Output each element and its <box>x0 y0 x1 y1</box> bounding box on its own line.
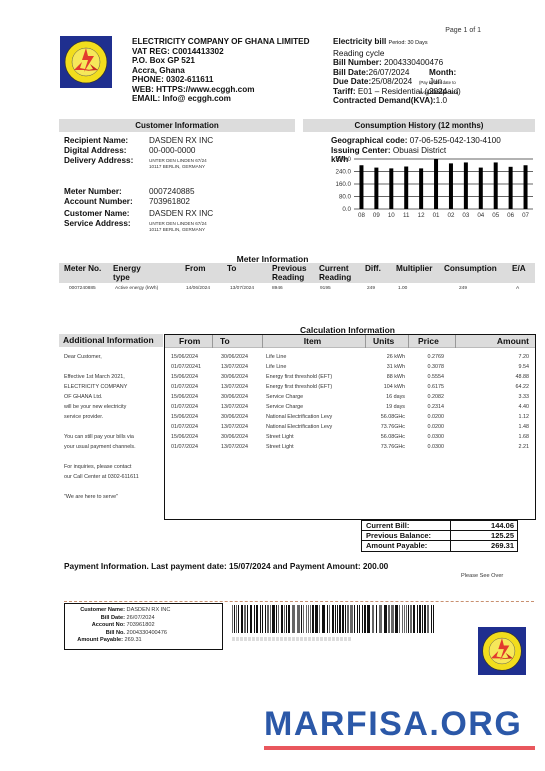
meter-header-ea: E/A <box>512 265 545 274</box>
company-city: Accra, Ghana <box>132 66 310 76</box>
calc-cell-units: 104 kWh <box>384 382 405 392</box>
calc-cell-units: 56.08GHc <box>381 432 405 442</box>
totals-row: Current Bill:144.06 <box>362 521 517 531</box>
svg-text:08: 08 <box>358 212 365 219</box>
meter-cell-from: 14/06/2024 <box>186 286 210 291</box>
totals-value: 125.25 <box>491 531 514 541</box>
svg-text:09: 09 <box>373 212 380 219</box>
delivery-address: UNTER DEN LINDEN 67/2410117 BERLIN, GERM… <box>149 158 207 170</box>
additional-info-line: For inquiries, please contact <box>64 462 164 472</box>
calc-header-item: Item <box>265 335 360 348</box>
meter-cell-previous-reading: 8946 <box>272 286 283 291</box>
cut-line <box>64 601 534 602</box>
additional-info-line: our Call Center at 0302-611611 <box>64 472 164 482</box>
calc-cell-amount: 1.68 <box>519 432 530 442</box>
company-name: ELECTRICITY COMPANY OF GHANA LIMITED <box>132 37 310 47</box>
calc-cell-item: National Electrification Levy <box>266 412 332 422</box>
additional-info-line: Dear Customer, <box>64 352 164 362</box>
additional-info-line <box>64 422 164 432</box>
calc-cell-to: 30/06/2024 <box>221 352 248 362</box>
additional-info-line: You can still pay your bills via <box>64 432 164 442</box>
digital-address-label: Digital Address: <box>64 146 126 155</box>
consumption-chart: 320.0240.0160.080.00.0080910111201020304… <box>330 155 535 219</box>
stub-label: Bill Date: <box>70 615 125 621</box>
month-label: Month: <box>429 68 456 77</box>
meter-cell-multiplier: 1.00 <box>398 286 407 291</box>
calc-cell-to: 13/07/2024 <box>221 442 248 452</box>
calc-cell-amount: 3.33 <box>519 392 530 402</box>
header-divider <box>455 335 456 348</box>
barcode-caption <box>232 637 352 641</box>
additional-info-line: will be your new electricity <box>64 402 164 412</box>
totals-divider <box>450 531 451 541</box>
additional-info-line: your usual payment channels. <box>64 442 164 452</box>
customer-info-header: Customer Information <box>59 119 295 132</box>
calc-cell-price: 0.5554 <box>428 372 445 382</box>
meter-header-energy-type: Energy type <box>113 265 153 282</box>
calc-cell-price: 0.2769 <box>428 352 445 362</box>
additional-info-line <box>64 452 164 462</box>
calc-row: 01/07/202413/07/2024Street Light73.76GHc… <box>165 442 535 452</box>
additional-info-line: ELECTRICITY COMPANY <box>64 382 164 392</box>
header-divider <box>262 335 263 348</box>
stub-label: Bill No. <box>70 630 125 636</box>
delivery-address-label: Delivery Address: <box>64 156 133 165</box>
calc-cell-to: 13/07/2024 <box>221 422 248 432</box>
calc-row: 01/07/202413/07/2024Energy first thresho… <box>165 382 535 392</box>
stub-label: Amount Payable: <box>68 637 123 643</box>
service-line-2: 10117 BERLIN, GERMANY <box>149 227 205 232</box>
additional-info-line <box>64 482 164 492</box>
issuing-center: Obuasi District <box>393 146 446 155</box>
calc-cell-to: 30/06/2024 <box>221 392 248 402</box>
stub-value: 703961802 <box>125 622 155 628</box>
totals-label: Previous Balance: <box>366 531 431 541</box>
issuing-center-label: Issuing Center: <box>331 146 391 155</box>
svg-text:10: 10 <box>388 212 395 219</box>
service-address: UNTER DEN LINDEN 67/2410117 BERLIN, GERM… <box>149 221 207 233</box>
contracted-demand: 1.0 <box>436 96 447 105</box>
calc-cell-from: 01/07/2024 <box>171 422 198 432</box>
calc-row: 01/07/2024113/07/2024Life Line31 kWh0.30… <box>165 362 535 372</box>
recipient-name: DASDEN RX INC <box>149 136 213 145</box>
see-over-note: Please See Over <box>461 573 503 579</box>
totals-table: Current Bill:144.06Previous Balance:125.… <box>361 520 518 552</box>
calc-cell-price: 0.0200 <box>428 412 445 422</box>
calc-cell-amount: 7.20 <box>519 352 530 362</box>
totals-label: Current Bill: <box>366 521 409 531</box>
calc-cell-from: 15/06/2024 <box>171 372 198 382</box>
svg-text:0.0: 0.0 <box>342 206 351 213</box>
calc-cell-from: 01/07/20241 <box>171 362 201 372</box>
totals-label: Amount Payable: <box>366 541 427 551</box>
barcode <box>232 605 437 635</box>
calc-cell-item: Energy first threshold (EFT) <box>266 372 332 382</box>
recipient-label: Recipient Name: <box>64 136 128 145</box>
calc-row: 01/07/202413/07/2024Service Charge19 day… <box>165 402 535 412</box>
calc-cell-amount: 1.12 <box>519 412 530 422</box>
watermark-underline <box>264 746 535 750</box>
ecg-logo-icon <box>60 36 112 88</box>
svg-text:240.0: 240.0 <box>336 169 352 176</box>
totals-row: Amount Payable:269.31 <box>362 541 517 551</box>
calc-cell-from: 01/07/2024 <box>171 402 198 412</box>
tariff-label: Tariff: <box>333 87 356 96</box>
calc-cell-from: 15/06/2024 <box>171 352 198 362</box>
calc-cell-units: 31 kWh <box>387 362 405 372</box>
meter-cell-diff: 249 <box>367 286 375 291</box>
calc-row: 15/06/202430/06/2024Street Light56.08GHc… <box>165 432 535 442</box>
payment-stub: Customer Name: DASDEN RX INCBill Date: 2… <box>64 603 223 650</box>
additional-info-header: Additional Information <box>59 334 163 347</box>
calc-cell-to: 13/07/2024 <box>221 362 248 372</box>
bill-summary: Electricity bill Period: 30 Days Reading… <box>333 37 461 106</box>
bill-title: Electricity bill <box>333 37 386 46</box>
totals-divider <box>450 521 451 531</box>
stub-row: Bill No. 2004330400476 <box>70 630 167 636</box>
meter-cell-consumption: 249 <box>459 286 467 291</box>
calc-row: 15/06/202430/06/2024Service Charge16 day… <box>165 392 535 402</box>
vat-reg: VAT REG: C0014413302 <box>132 47 310 57</box>
additional-info-line <box>64 362 164 372</box>
stub-value: 2004330400476 <box>125 630 167 636</box>
additional-info-line: Effective 1st March 2021, <box>64 372 164 382</box>
calc-cell-to: 30/06/2024 <box>221 372 248 382</box>
calc-header-amount: Amount <box>497 335 529 348</box>
stub-value: 26/07/2024 <box>125 615 155 621</box>
calc-cell-amount: 48.88 <box>516 372 530 382</box>
account-number: 703961802 <box>149 197 190 206</box>
payment-info: Payment Information. Last payment date: … <box>64 561 388 571</box>
demand-label: Contracted Demand(KVA): <box>333 96 436 105</box>
calc-cell-units: 26 kWh <box>387 352 405 362</box>
due-date: 25/08/2024 <box>371 77 412 86</box>
bill-date: 26/07/2024 <box>369 68 410 77</box>
calc-cell-to: 30/06/2024 <box>221 432 248 442</box>
header-divider <box>212 335 213 348</box>
totals-value: 144.06 <box>491 521 514 531</box>
reading-cycle: Reading cycle <box>333 49 461 59</box>
meter-info-header: Meter No.Energy typeFromToPrevious Readi… <box>59 263 535 283</box>
calc-cell-units: 73.76GHc <box>381 422 405 432</box>
service-line-1: UNTER DEN LINDEN 67/24 <box>149 221 207 226</box>
due-note: (Pay by this date to avoid disconnection… <box>419 78 461 97</box>
totals-row: Previous Balance:125.25 <box>362 531 517 541</box>
additional-info-line: "We are here to serve" <box>64 492 164 502</box>
service-address-label: Service Address: <box>64 219 131 228</box>
svg-text:320.0: 320.0 <box>336 156 352 163</box>
customer-name: DASDEN RX INC <box>149 209 213 218</box>
meter-cell-current-reading: 9195 <box>320 286 331 291</box>
svg-text:02: 02 <box>448 212 455 219</box>
totals-value: 269.31 <box>491 541 514 551</box>
calc-cell-units: 19 days <box>386 402 405 412</box>
totals-divider <box>450 541 451 551</box>
calc-row: 15/06/202430/06/2024Life Line26 kWh0.276… <box>165 352 535 362</box>
calc-cell-amount: 64.22 <box>516 382 530 392</box>
calc-cell-price: 0.3078 <box>428 362 445 372</box>
calc-cell-from: 15/06/2024 <box>171 392 198 402</box>
meter-header-consumption: Consumption <box>444 265 504 274</box>
ecg-logo-icon <box>478 627 526 675</box>
calc-cell-price: 0.6175 <box>428 382 445 392</box>
calc-cell-price: 0.0300 <box>428 442 445 452</box>
calculation-table: FromToItemUnitsPriceAmount 15/06/202430/… <box>164 334 536 520</box>
calc-cell-item: Life Line <box>266 352 286 362</box>
stub-label: Customer Name: <box>70 607 125 613</box>
meter-cell-meter-no: 0007240885 <box>69 286 96 291</box>
calc-row: 01/07/202413/07/2024National Electrifica… <box>165 422 535 432</box>
calc-cell-item: Street Light <box>266 432 294 442</box>
geo-code: 07-06-525-042-130-4100 <box>410 136 501 145</box>
geo-code-label: Geographical code: <box>331 136 407 145</box>
header-divider <box>365 335 366 348</box>
delivery-line-2: 10117 BERLIN, GERMANY <box>149 164 205 169</box>
stub-row: Account No: 703961802 <box>70 622 155 628</box>
stub-row: Amount Payable: 269.31 <box>68 637 142 643</box>
calc-cell-price: 0.0300 <box>428 432 445 442</box>
svg-text:03: 03 <box>462 212 469 219</box>
calc-cell-price: 0.0200 <box>428 422 445 432</box>
bill-number-label: Bill Number: <box>333 58 382 67</box>
calc-cell-to: 13/07/2024 <box>221 382 248 392</box>
bill-date-label: Bill Date: <box>333 68 369 77</box>
header-divider <box>408 335 409 348</box>
svg-text:160.0: 160.0 <box>336 181 352 188</box>
customer-name-label: Customer Name: <box>64 209 130 218</box>
svg-text:07: 07 <box>522 212 529 219</box>
meter-number-label: Meter Number: <box>64 187 122 196</box>
calc-cell-from: 15/06/2024 <box>171 412 198 422</box>
calc-cell-item: National Electrification Levy <box>266 422 332 432</box>
watermark-text: MARFISA.ORG <box>264 706 522 742</box>
svg-text:01: 01 <box>433 212 440 219</box>
page-indicator: Page 1 of 1 <box>445 27 481 34</box>
digital-address: 00-000-0000 <box>149 146 195 155</box>
stub-row: Bill Date: 26/07/2024 <box>70 615 155 621</box>
account-number-label: Account Number: <box>64 197 133 206</box>
consumption-history-header: Consumption History (12 months) <box>303 119 535 132</box>
calc-row: 15/06/202430/06/2024National Electrifica… <box>165 412 535 422</box>
calc-cell-price: 0.2082 <box>428 392 445 402</box>
calc-cell-item: Service Charge <box>266 402 303 412</box>
calc-cell-item: Energy first threshold (EFT) <box>266 382 332 392</box>
calc-cell-units: 88 kWh <box>387 372 405 382</box>
meter-cell-to: 13/07/2024 <box>230 286 254 291</box>
due-date-label: Due Date: <box>333 77 371 86</box>
calc-header-units: Units <box>373 335 394 348</box>
svg-text:05: 05 <box>492 212 499 219</box>
calc-cell-from: 01/07/2024 <box>171 382 198 392</box>
svg-text:80.0: 80.0 <box>339 194 352 201</box>
calc-header-price: Price <box>418 335 439 348</box>
calc-cell-units: 16 days <box>386 392 405 402</box>
bill-period: Period: 30 Days <box>389 40 428 46</box>
calc-cell-amount: 4.40 <box>519 402 530 412</box>
calc-cell-to: 30/06/2024 <box>221 412 248 422</box>
svg-text:04: 04 <box>477 212 484 219</box>
po-box: P.O. Box GP 521 <box>132 56 310 66</box>
additional-info-line: OF GHANA Ltd. <box>64 392 164 402</box>
calc-cell-amount: 9.54 <box>519 362 530 372</box>
calculation-table-header: FromToItemUnitsPriceAmount <box>165 335 535 348</box>
calc-cell-units: 56.08GHc <box>381 412 405 422</box>
calc-cell-item: Service Charge <box>266 392 303 402</box>
company-block: ELECTRICITY COMPANY OF GHANA LIMITED VAT… <box>132 37 310 104</box>
calc-row: 15/06/202430/06/2024Energy first thresho… <box>165 372 535 382</box>
calc-cell-to: 13/07/2024 <box>221 402 248 412</box>
svg-text:12: 12 <box>418 212 425 219</box>
delivery-line-1: UNTER DEN LINDEN 67/24 <box>149 158 207 163</box>
meter-number: 0007240885 <box>149 187 195 196</box>
calc-cell-from: 15/06/2024 <box>171 432 198 442</box>
svg-text:11: 11 <box>403 212 410 219</box>
stub-value: DASDEN RX INC <box>125 607 170 613</box>
calc-cell-item: Life Line <box>266 362 286 372</box>
calc-cell-price: 0.2314 <box>428 402 445 412</box>
company-phone: PHONE: 0302-611611 <box>132 75 310 85</box>
stub-value: 269.31 <box>123 637 142 643</box>
calc-header-from: From <box>179 335 200 348</box>
calc-cell-amount: 2.21 <box>519 442 530 452</box>
calc-cell-item: Street Light <box>266 442 294 452</box>
stub-row: Customer Name: DASDEN RX INC <box>70 607 170 613</box>
bill-number: 2004330400476 <box>384 58 443 67</box>
stub-label: Account No: <box>70 622 125 628</box>
meter-cell-energy-type: Active energy (kWh) <box>115 286 158 291</box>
meter-cell-ea: A <box>516 286 519 291</box>
additional-info-line: service provider. <box>64 412 164 422</box>
company-email[interactable]: EMAIL: Info@ ecggh.com <box>132 94 310 104</box>
svg-text:06: 06 <box>507 212 514 219</box>
additional-info-text: Dear Customer,Effective 1st March 2021,E… <box>64 352 164 502</box>
calc-cell-from: 01/07/2024 <box>171 442 198 452</box>
calc-cell-amount: 1.48 <box>519 422 530 432</box>
company-web[interactable]: WEB: HTTPS://www.ecggh.com <box>132 85 310 95</box>
calc-cell-units: 73.76GHc <box>381 442 405 452</box>
calc-header-to: To <box>220 335 230 348</box>
